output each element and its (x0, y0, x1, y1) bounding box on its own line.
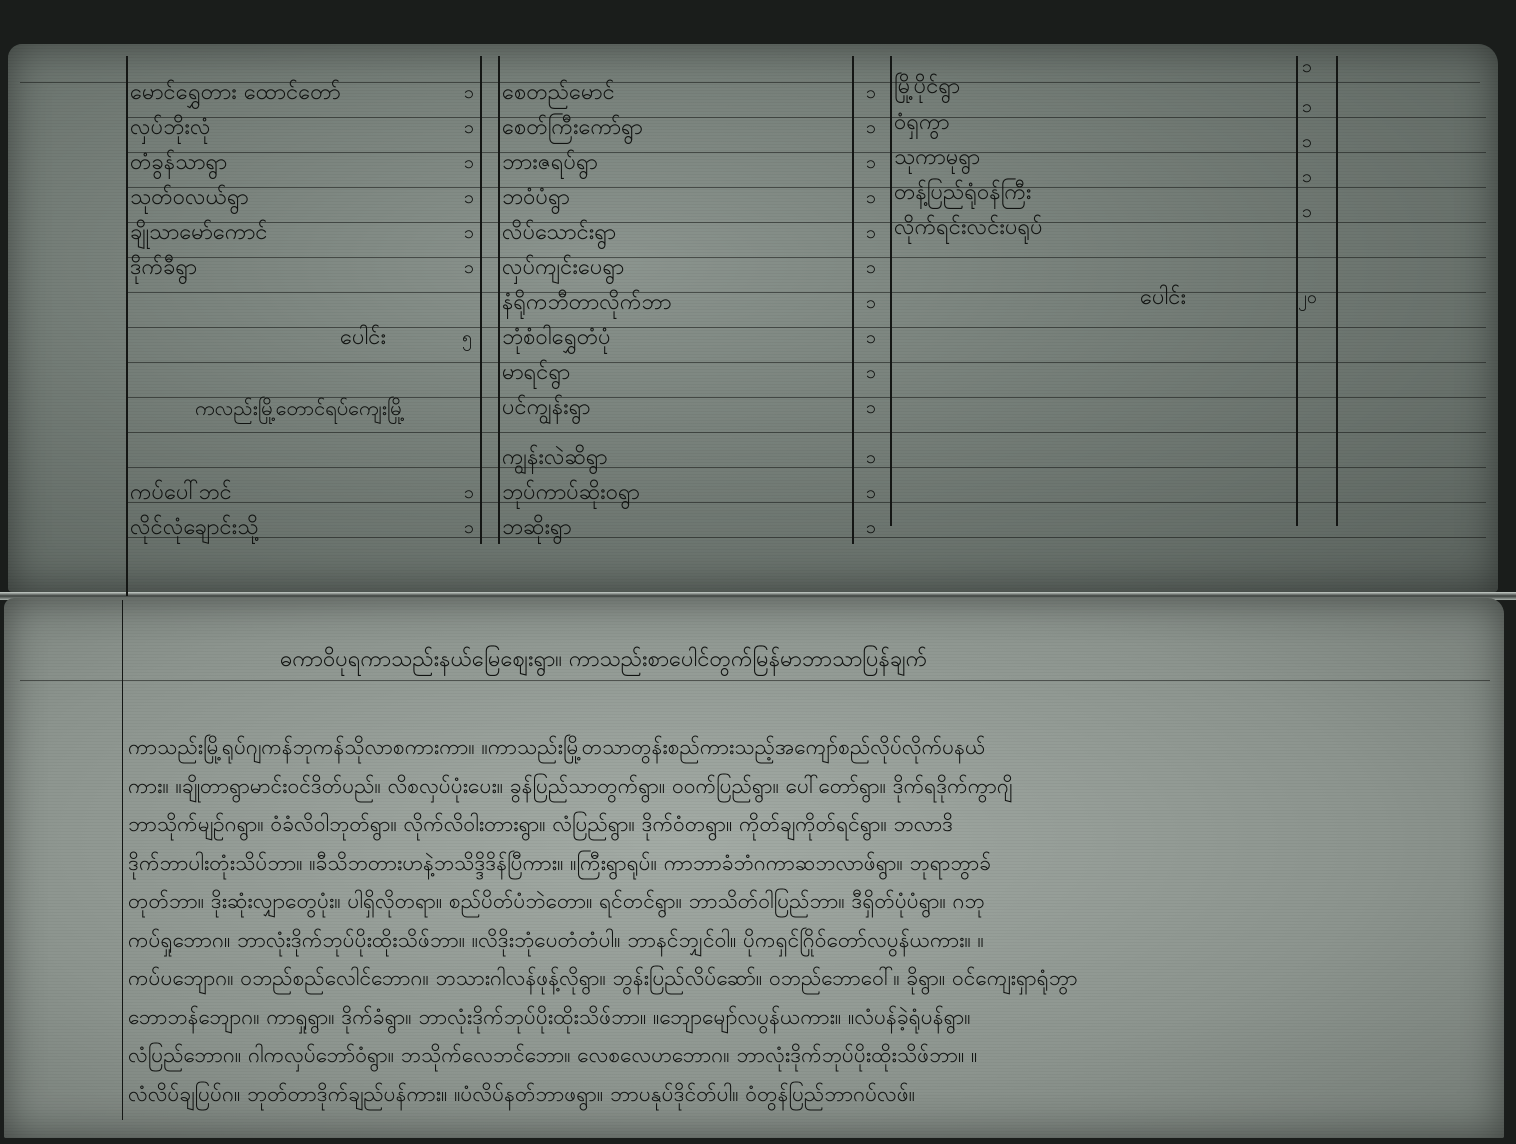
ledger-count: ၁ (1302, 127, 1312, 157)
ledger-entry: သုကာမုရွာ (894, 143, 980, 173)
ledger-rule (126, 467, 1486, 468)
ledger-count: ၁ (464, 148, 474, 178)
ledger-entry: ကျွန်းလဲဆိရွာ (502, 443, 608, 473)
heading-rule (20, 680, 1490, 681)
ledger-rule-vertical (126, 56, 128, 596)
ledger-count: ၁ (464, 183, 474, 213)
ledger-rule (126, 222, 1486, 223)
ledger-rule (126, 152, 1486, 153)
ledger-entry: ချိုသာမော်ကောင် (130, 218, 268, 248)
ledger-entry: ဒိုက်ခီရွာ (130, 253, 197, 283)
lower-page-heading: ဓကာဝိပုရကာသည်းနယ်မြေဈေးရွာ။ ကာသည်းစာပေါင… (280, 644, 1280, 677)
ledger-count: ၁ (1302, 92, 1312, 122)
prose-paragraph: ကာသည်းမြို့ရုပ်ဂျကန်ဘုကန်သိုလာစကားကာ။ ။က… (128, 728, 1488, 1113)
ledger-rule (126, 257, 1486, 258)
ledger-count: ၁ (866, 253, 876, 283)
prose-line: တုတ်ဘာ။ ဒိုးဆုံးလျှာတွေပုံး။ ပါရှိလိုတရာ… (128, 882, 1488, 921)
ledger-count: ၁ (866, 513, 876, 543)
prose-line: လံလိပ်ချပြပ်ဂ။ ဘုတ်တာဒိုက်ချည်ပန်ကား။ ။ပ… (128, 1075, 1488, 1114)
ledger-total: ၂၀ (1298, 283, 1317, 313)
ledger-count: ၁ (866, 358, 876, 388)
ledger-entry: မြို့ပိုင်ရွာ (894, 72, 960, 102)
ledger-rule (126, 502, 1486, 503)
ledger-count: ၁ (464, 253, 474, 283)
ledger-rule-vertical (1336, 56, 1338, 526)
ledger-rule (126, 537, 1486, 538)
ledger-entry: မောင်ရွှေတား ထောင်တော် (130, 78, 341, 108)
ledger-entry: ဘဆိုးရွာ (502, 513, 572, 543)
ledger-rule-vertical (480, 56, 482, 544)
ledger-rule-vertical (852, 56, 854, 544)
ledger-count: ၁ (866, 183, 876, 213)
ledger-entry: လှပ်ဘိုးလုံ (130, 113, 211, 143)
ledger-entry: တန့်ပြည်ရုံဝန်ကြီး (894, 178, 1032, 208)
ledger-count: ၁ (866, 478, 876, 508)
ledger-entry: ဘဝံပံရွာ (502, 183, 570, 213)
ledger-count: ၁ (866, 288, 876, 318)
ledger-count: ၁ (866, 78, 876, 108)
margin-rule (122, 600, 123, 1120)
prose-line: ကပ်ရှုဘောဂ။ ဘာလုံးဒိုက်ဘုပ်ပိုးထိုးသိဖ်ဘ… (128, 921, 1488, 960)
ledger-count: ၁ (866, 323, 876, 353)
ledger-entry: ကပ်ပေါ်ဘင် (130, 478, 232, 508)
ledger-entry: ဘုံစံဝါရွှေတံပုံ (502, 323, 611, 353)
ledger-count: ၁ (464, 218, 474, 248)
ledger-entry: တံခွန်သာရွာ (130, 148, 227, 178)
ledger-count: ၁ (464, 113, 474, 143)
ledger-count: ၁ (1302, 197, 1312, 227)
ledger-entry: ဘုပ်ကာပ်ဆိုးဝရွာ (502, 478, 640, 508)
ledger-total: ၅ (462, 323, 472, 353)
prose-line: ဒိုက်ဘာပါးတုံးသိပ်ဘာ။ ။ခီသိဘတားပာနဲ့ဘသိဒ… (128, 844, 1488, 883)
ledger-rule-vertical (890, 56, 892, 526)
ledger-count: ၁ (866, 218, 876, 248)
ledger-rule-vertical (498, 56, 500, 544)
ledger-total-label: ပေါင်း (340, 323, 386, 353)
ledger-entry: ပင်ကျွန်းရွာ (502, 393, 590, 423)
ledger-entry: လိုက်ရင်းလင်းပရုပ် (894, 213, 1043, 243)
ledger-count: ၁ (464, 478, 474, 508)
ledger-count: ၁ (1302, 162, 1312, 192)
ledger-rule (126, 117, 1486, 118)
ledger-section-heading: ကလည်းမြို့တောင်ရပ်ကျေးမြို့ (195, 393, 405, 423)
ledger-entry: သုတ်ဝလယ်ရွာ (130, 183, 249, 213)
ledger-count: ၁ (464, 513, 474, 543)
ledger-entry: လှပ်ကျင်းပေရွာ (502, 253, 624, 283)
ledger-count: ၁ (866, 113, 876, 143)
ledger-rule (126, 292, 1486, 293)
prose-line: ကား။ ။ချိုတာရွာမာင်းဝင်ဒိတ်ပည်။ လိစလှပ်ပ… (128, 767, 1488, 806)
ledger-rule (126, 187, 1486, 188)
prose-line: ကာသည်းမြို့ရုပ်ဂျကန်ဘုကန်သိုလာစကားကာ။ ။က… (128, 728, 1488, 767)
ledger-entry: ဝံရှကွာ (894, 108, 950, 138)
ledger-count: ၁ (866, 148, 876, 178)
ledger-total-label: ပေါင်း (1140, 283, 1186, 313)
ledger-entry: စေတ်ကြီးကော်ရွာ (502, 113, 643, 143)
prose-line: ဘောဘန်ဘျောဂ။ ကာရှုရွာ။ ဒိုက်ခံရွာ။ ဘာလုံ… (128, 998, 1488, 1037)
prose-line: ကပ်ပဘျောဂ။ ဝဘည်စည်လေါင်ဘောဂ။ ဘသားဂါလန်ဖု… (128, 959, 1488, 998)
prose-line: လံပြည်ဘောဂ။ ဂါကလှပ်ဘော်ဝံရွာ။ ဘသိုက်လေဘင… (128, 1036, 1488, 1075)
ledger-entry: ဘားဇရပ်ရွာ (502, 148, 598, 178)
ledger-entry: မာရင်ရွာ (502, 358, 570, 388)
ledger-count: ၁ (866, 393, 876, 423)
ledger-rule (126, 362, 1486, 363)
ledger-rule (126, 432, 1486, 433)
upper-ledger-page (8, 44, 1498, 592)
ledger-entry: လိုင်လုံချောင်းသို့ (130, 513, 259, 543)
ledger-entry: လိပ်သောင်းရွာ (502, 218, 616, 248)
ledger-count: ၁ (866, 443, 876, 473)
ledger-rule (126, 327, 1486, 328)
ledger-count: ၁ (464, 78, 474, 108)
ledger-entry: နံရိုကဘီတာလိုက်ဘာ (502, 288, 672, 318)
prose-line: ဘာသိုက်မျဉ်ဂရွာ။ ဝံခံလိဝါဘုတ်ရွာ။ လိုက်လ… (128, 805, 1488, 844)
ledger-entry: စေတည်မောင် (502, 78, 615, 108)
ledger-count: ၁ (1302, 52, 1312, 82)
